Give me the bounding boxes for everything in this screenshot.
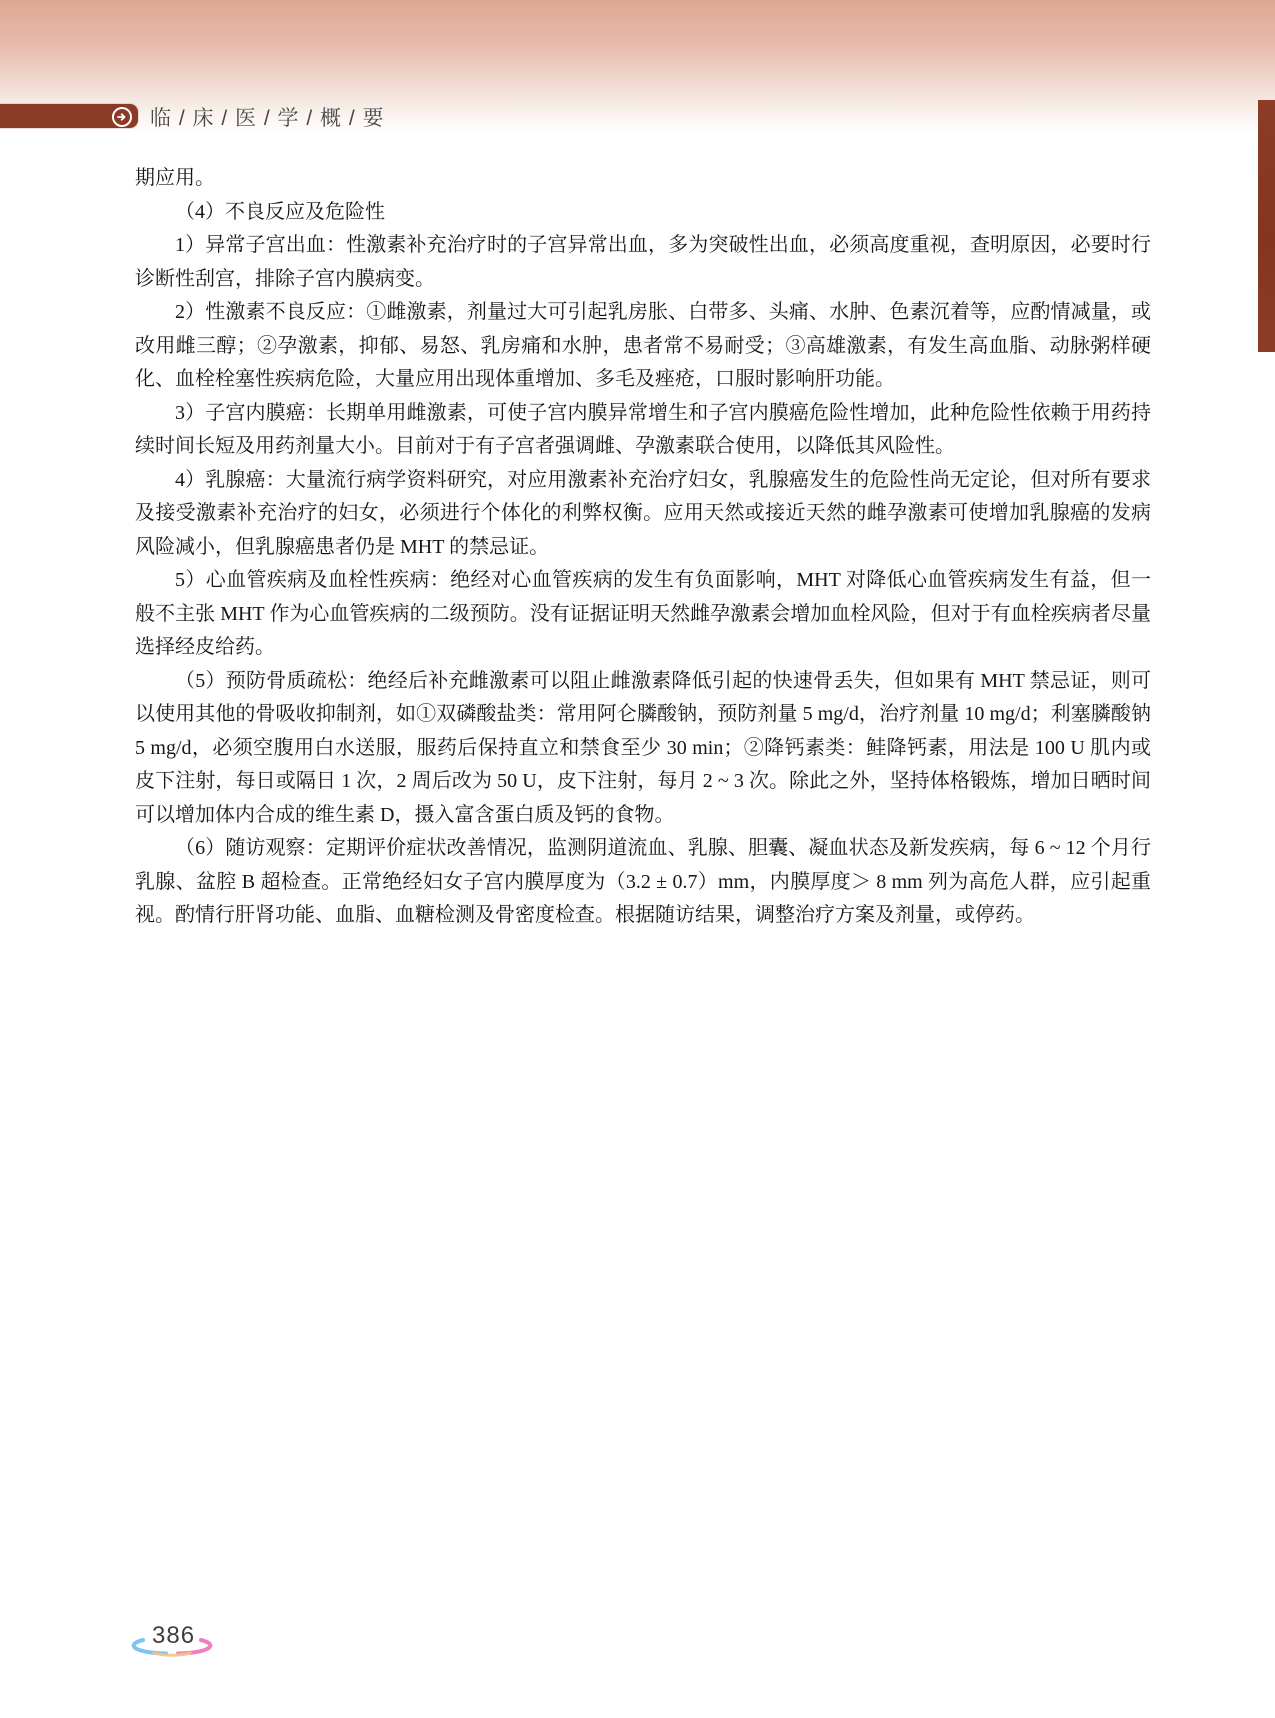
body-paragraph: （6）随访观察：定期评价症状改善情况，监测阴道流血、乳腺、胆囊、凝血状态及新发疾… bbox=[135, 832, 1151, 933]
body-paragraph: 5）心血管疾病及血栓性疾病：绝经对心血管疾病的发生有负面影响，MHT 对降低心血… bbox=[135, 564, 1151, 665]
book-page: 临 / 床 / 医 / 学 / 概 / 要 期应用。 （4）不良反应及危险性 1… bbox=[0, 0, 1275, 1718]
running-head-title: 临 / 床 / 医 / 学 / 概 / 要 bbox=[150, 102, 385, 132]
body-paragraph: 期应用。 bbox=[135, 162, 1151, 196]
chapter-edge-tab bbox=[1258, 100, 1275, 352]
body-paragraph: 2）性激素不良反应：①雌激素，剂量过大可引起乳房胀、白带多、头痛、水肿、色素沉着… bbox=[135, 296, 1151, 397]
body-paragraph: （4）不良反应及危险性 bbox=[135, 196, 1151, 230]
page-number-decoration: 386 bbox=[130, 1628, 220, 1662]
arrow-right-icon bbox=[112, 107, 132, 127]
header-bar bbox=[0, 104, 138, 128]
body-paragraph: （5）预防骨质疏松：绝经后补充雌激素可以阻止雌激素降低引起的快速骨丢失，但如果有… bbox=[135, 665, 1151, 833]
body-paragraph: 1）异常子宫出血：性激素补充治疗时的子宫异常出血，多为突破性出血，必须高度重视，… bbox=[135, 229, 1151, 296]
page-number: 386 bbox=[152, 1622, 195, 1650]
body-paragraph: 4）乳腺癌：大量流行病学资料研究，对应用激素补充治疗妇女，乳腺癌发生的危险性尚无… bbox=[135, 464, 1151, 565]
body-paragraph: 3）子宫内膜癌：长期单用雌激素，可使子宫内膜异常增生和子宫内膜癌危险性增加，此种… bbox=[135, 397, 1151, 464]
body-text: 期应用。 （4）不良反应及危险性 1）异常子宫出血：性激素补充治疗时的子宫异常出… bbox=[135, 162, 1151, 933]
